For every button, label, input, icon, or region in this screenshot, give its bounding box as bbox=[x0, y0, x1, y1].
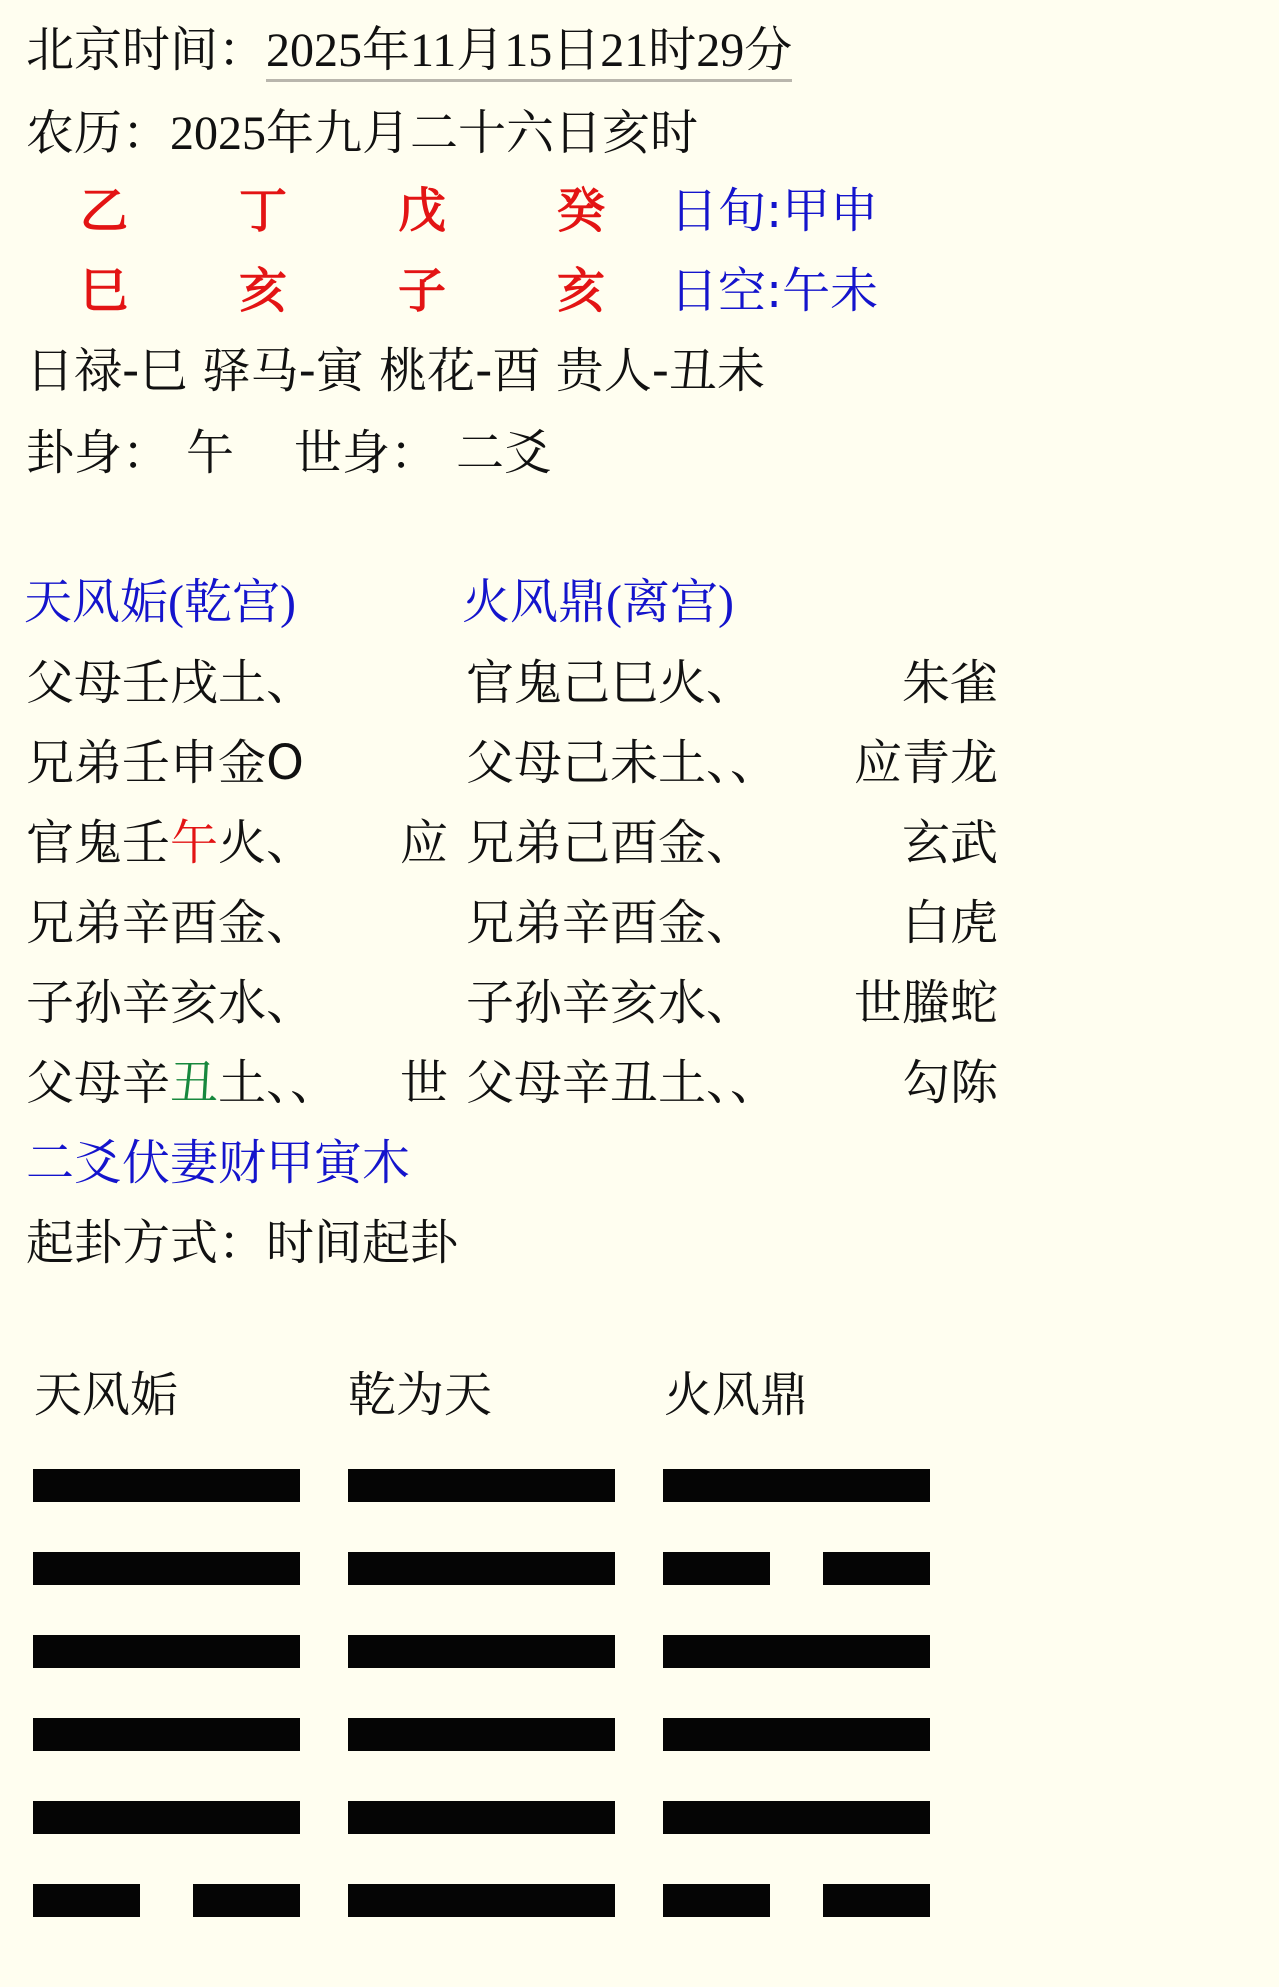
yang-line bbox=[348, 1884, 615, 1917]
yang-line bbox=[348, 1635, 615, 1668]
yang-line bbox=[348, 1469, 615, 1502]
branch-month: 亥 bbox=[239, 259, 287, 323]
main-line-6: 父母壬戌土、 bbox=[26, 651, 314, 715]
branch-hour: 亥 bbox=[557, 259, 605, 323]
line-segment bbox=[33, 1552, 300, 1585]
six-god-3: 白虎 bbox=[738, 891, 998, 955]
stem-day: 戊 bbox=[398, 179, 446, 243]
yin-line bbox=[663, 1552, 930, 1585]
main-line-4: 官鬼壬午火、 bbox=[26, 811, 314, 875]
line-segment bbox=[663, 1635, 930, 1668]
day-kong: 日空:午未 bbox=[670, 259, 878, 323]
yang-line bbox=[33, 1801, 300, 1834]
changed-line-1: 父母辛丑土、、 bbox=[466, 1051, 778, 1115]
highlighted-branch: 午 bbox=[170, 815, 218, 871]
yang-line bbox=[33, 1635, 300, 1668]
stem-month: 丁 bbox=[239, 179, 287, 243]
beijing-time-row: 北京时间：2025年11月15日21时29分 bbox=[26, 18, 792, 82]
line-segment bbox=[663, 1801, 930, 1834]
yang-line bbox=[663, 1469, 930, 1502]
yang-line bbox=[663, 1718, 930, 1751]
method-row: 起卦方式：时间起卦 bbox=[26, 1211, 458, 1275]
shi-marker: 世 bbox=[400, 1051, 448, 1115]
method-label: 起卦方式： bbox=[26, 1215, 266, 1271]
diagram-name-changed: 火风鼎 bbox=[664, 1363, 808, 1427]
beijing-time-label: 北京时间： bbox=[26, 22, 266, 78]
line-segment bbox=[823, 1552, 930, 1585]
changed-line-5: 父母己未土、、 bbox=[466, 731, 778, 795]
main-line-5: 兄弟壬申金O bbox=[26, 731, 304, 795]
diagram-name-mutual: 乾为天 bbox=[348, 1363, 492, 1427]
gua-shen-label: 卦身： bbox=[26, 421, 170, 485]
yang-line bbox=[663, 1801, 930, 1834]
branch-year: 巳 bbox=[80, 259, 128, 323]
branch-day: 子 bbox=[398, 259, 446, 323]
main-line-1: 父母辛丑土、、 bbox=[26, 1051, 338, 1115]
line-segment bbox=[348, 1552, 615, 1585]
main-line-3: 兄弟辛酉金、 bbox=[26, 891, 314, 955]
method-value: 时间起卦 bbox=[266, 1215, 458, 1271]
changed-line-4: 兄弟己酉金、 bbox=[466, 811, 754, 875]
line-segment bbox=[33, 1801, 300, 1834]
line-segment bbox=[348, 1635, 615, 1668]
six-god-4: 玄武 bbox=[738, 811, 998, 875]
yang-line bbox=[663, 1635, 930, 1668]
lunar-label: 农历： bbox=[26, 105, 170, 161]
changed-hexagram-title: 火风鼎(离宫) bbox=[462, 571, 734, 635]
line-segment bbox=[33, 1469, 300, 1502]
stem-year: 乙 bbox=[80, 179, 128, 243]
lunar-date-row: 农历：2025年九月二十六日亥时 bbox=[26, 101, 698, 165]
moving-line-mark: O bbox=[266, 735, 304, 791]
ying-marker: 应 bbox=[400, 811, 448, 875]
yang-line bbox=[33, 1718, 300, 1751]
changed-line-6: 官鬼己巳火、 bbox=[466, 651, 754, 715]
line-segment bbox=[663, 1884, 770, 1917]
six-god-1: 勾陈 bbox=[738, 1051, 998, 1115]
line-segment bbox=[663, 1552, 770, 1585]
yin-line bbox=[663, 1884, 930, 1917]
yang-line bbox=[348, 1552, 615, 1585]
changed-line-3: 兄弟辛酉金、 bbox=[466, 891, 754, 955]
shensha-row: 日禄-巳 驿马-寅 桃花-酉 贵人-丑未 bbox=[26, 339, 765, 403]
line-segment bbox=[663, 1718, 930, 1751]
yang-line bbox=[348, 1718, 615, 1751]
line-segment bbox=[663, 1469, 930, 1502]
line-segment bbox=[33, 1884, 140, 1917]
six-god-6: 朱雀 bbox=[738, 651, 998, 715]
lunar-value: 2025年九月二十六日亥时 bbox=[170, 107, 698, 160]
beijing-time-value[interactable]: 2025年11月15日21时29分 bbox=[266, 23, 792, 82]
hidden-line-note: 二爻伏妻财甲寅木 bbox=[26, 1131, 410, 1195]
main-line-2: 子孙辛亥水、 bbox=[26, 971, 314, 1035]
yang-line bbox=[33, 1552, 300, 1585]
day-xun: 日旬:甲申 bbox=[670, 179, 878, 243]
gua-shen-value: 午 bbox=[186, 421, 234, 485]
line-segment bbox=[823, 1884, 930, 1917]
yin-line bbox=[33, 1884, 300, 1917]
line-segment bbox=[33, 1635, 300, 1668]
shi-shen-label: 世身： bbox=[294, 421, 438, 485]
six-god-2: 世螣蛇 bbox=[738, 971, 998, 1035]
yang-line bbox=[348, 1801, 615, 1834]
line-segment bbox=[348, 1801, 615, 1834]
yang-line bbox=[33, 1469, 300, 1502]
line-segment bbox=[348, 1718, 615, 1751]
line-segment bbox=[33, 1718, 300, 1751]
stem-hour: 癸 bbox=[557, 179, 605, 243]
diagram-name-main: 天风姤 bbox=[34, 1363, 178, 1427]
changed-line-2: 子孙辛亥水、 bbox=[466, 971, 754, 1035]
line-segment bbox=[348, 1469, 615, 1502]
main-hexagram-title: 天风姤(乾宫) bbox=[24, 571, 296, 635]
line-segment bbox=[348, 1884, 615, 1917]
line-segment bbox=[193, 1884, 300, 1917]
highlighted-branch: 丑 bbox=[170, 1055, 218, 1111]
shi-shen-value: 二爻 bbox=[456, 421, 552, 485]
six-god-5: 应青龙 bbox=[738, 731, 998, 795]
